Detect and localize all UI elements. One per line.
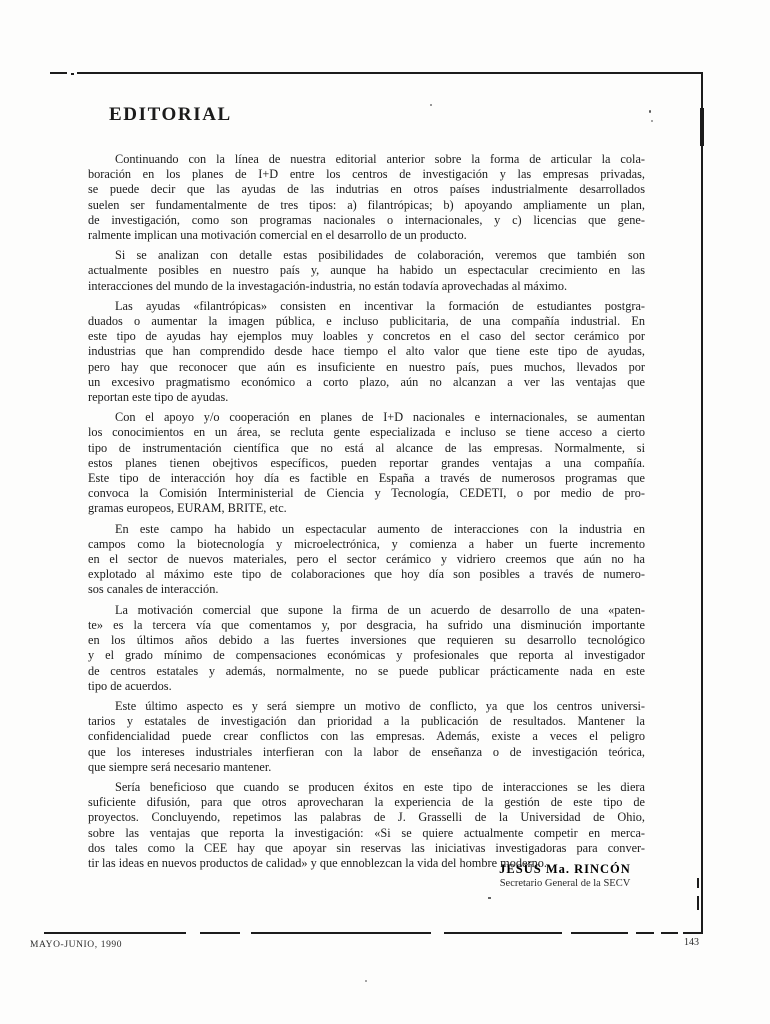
text-line: Las ayudas «filantrópicas» consisten en …	[88, 299, 645, 314]
text-line: duados o aumentar la imagen pública, e i…	[88, 314, 645, 329]
editorial-paragraph: En este campo ha habido un espectacular …	[88, 522, 645, 598]
footer-date: MAYO-JUNIO, 1990	[30, 940, 122, 950]
text-line: Si se analizan con detalle estas posibil…	[88, 248, 645, 263]
text-line: te» es la tercera vía que comentamos y, …	[88, 618, 645, 633]
text-line: actualmente posibles en nuestro país y, …	[88, 263, 645, 278]
text-line: La motivación comercial que supone la fi…	[88, 603, 645, 618]
text-line: tipo de acuerdos.	[88, 679, 645, 694]
text-line: Este último aspecto es y será siempre un…	[88, 699, 645, 714]
signature-block: JESÚS Ma. RINCÓN Secretario General de l…	[455, 862, 675, 890]
scanned-journal-page: { "page": { "title": "EDITORIAL", "signa…	[0, 0, 770, 1024]
editorial-paragraph: Si se analizan con detalle estas posibil…	[88, 248, 645, 294]
text-line: este tipo de ayudas hay ejemplos muy loa…	[88, 329, 645, 344]
scan-speck	[649, 110, 651, 113]
editorial-paragraph: Con el apoyo y/o cooperación en planes d…	[88, 410, 645, 516]
editorial-paragraph: Las ayudas «filantrópicas» consisten en …	[88, 299, 645, 405]
text-line: que los intereses industriales interfier…	[88, 745, 645, 760]
text-line: sos canales de interacción.	[88, 582, 645, 597]
text-line: que siempre será necesario mantener.	[88, 760, 645, 775]
text-line: un excesivo pragmatismo económico a cort…	[88, 375, 645, 390]
signature-name: JESÚS Ma. RINCÓN	[455, 862, 675, 877]
text-line: tipo de instrumentación científica que n…	[88, 441, 645, 456]
text-line: explotado al máximo este tipo de colabor…	[88, 567, 645, 582]
editorial-paragraph: Sería beneficioso que cuando se producen…	[88, 780, 645, 871]
bottom-rule-gap	[431, 931, 444, 935]
text-line: Con el apoyo y/o cooperación en planes d…	[88, 410, 645, 425]
footer-page-number: 143	[684, 937, 699, 948]
text-line: campos como la biotecnología y microelec…	[88, 537, 645, 552]
text-line: convoca la Comisión Interministerial de …	[88, 486, 645, 501]
editorial-paragraph: Continuando con la línea de nuestra edit…	[88, 152, 645, 243]
page-content: EDITORIAL Continuando con la línea de nu…	[88, 104, 645, 876]
scan-speck	[651, 120, 653, 122]
bottom-rule-gap	[628, 931, 636, 935]
text-line: confidencialidad puede crear conflictos …	[88, 729, 645, 744]
text-line: en el sector de nuevos materiales, pero …	[88, 552, 645, 567]
text-line: reportan este tipo de ayudas.	[88, 390, 645, 405]
text-line: se puede decir que las ayudas de las ind…	[88, 182, 645, 197]
text-line: de centros estatales y además, normalmen…	[88, 664, 645, 679]
text-line: pero hay que reconocer que aún es insufi…	[88, 360, 645, 375]
text-line: y el grado mínimo de compensaciones econ…	[88, 648, 645, 663]
bottom-rule-gap	[678, 931, 683, 935]
text-line: suelen ser fundamentalmente de tres tipo…	[88, 198, 645, 213]
editorial-paragraph: Este último aspecto es y será siempre un…	[88, 699, 645, 775]
text-line: Este tipo de interacción hoy día es fact…	[88, 471, 645, 486]
top-left-dot	[71, 73, 74, 75]
right-rule-blotch	[700, 108, 704, 146]
text-line: boración en los planes de I+D entre los …	[88, 167, 645, 182]
right-rule-dash-2	[697, 896, 699, 910]
text-line: los conocimientos en un área, se recluta…	[88, 425, 645, 440]
text-line: en los últimos años debido a las fuertes…	[88, 633, 645, 648]
right-rule	[701, 72, 703, 933]
bottom-rule-gap	[654, 931, 661, 935]
right-rule-dash-1	[697, 878, 699, 888]
scan-speck	[488, 897, 491, 899]
bottom-rule-gap	[562, 931, 571, 935]
text-line: gramas europeos, EURAM, BRITE, etc.	[88, 501, 645, 516]
text-line: proyectos. Concluyendo, repetimos las pa…	[88, 810, 645, 825]
text-line: suficiente difusión, para que otros apro…	[88, 795, 645, 810]
text-line: estos planes tienen obejtivos específico…	[88, 456, 645, 471]
scan-speck	[365, 980, 367, 982]
bottom-rule-gap	[186, 931, 200, 935]
text-line: Continuando con la línea de nuestra edit…	[88, 152, 645, 167]
text-line: industrias que han comprendido desde hac…	[88, 344, 645, 359]
bottom-rule-gap	[240, 931, 251, 935]
signature-role: Secretario General de la SECV	[455, 877, 675, 890]
text-line: Sería beneficioso que cuando se producen…	[88, 780, 645, 795]
text-line: En este campo ha habido un espectacular …	[88, 522, 645, 537]
text-line: tarios y estatales de investigación dan …	[88, 714, 645, 729]
page-title: EDITORIAL	[109, 104, 645, 126]
text-line: interacciones del mundo de la investagac…	[88, 279, 645, 294]
text-line: sobre las ventajas que reporta la invest…	[88, 826, 645, 841]
editorial-body: Continuando con la línea de nuestra edit…	[88, 152, 645, 871]
top-rule	[77, 72, 703, 74]
text-line: de investigación, como son programas nac…	[88, 213, 645, 228]
text-line: dos tales como la CEE hay que apoyar sin…	[88, 841, 645, 856]
editorial-paragraph: La motivación comercial que supone la fi…	[88, 603, 645, 694]
top-left-dash	[50, 72, 67, 74]
text-line: ralmente implican una motivación comerci…	[88, 228, 645, 243]
bottom-rule	[44, 932, 703, 934]
